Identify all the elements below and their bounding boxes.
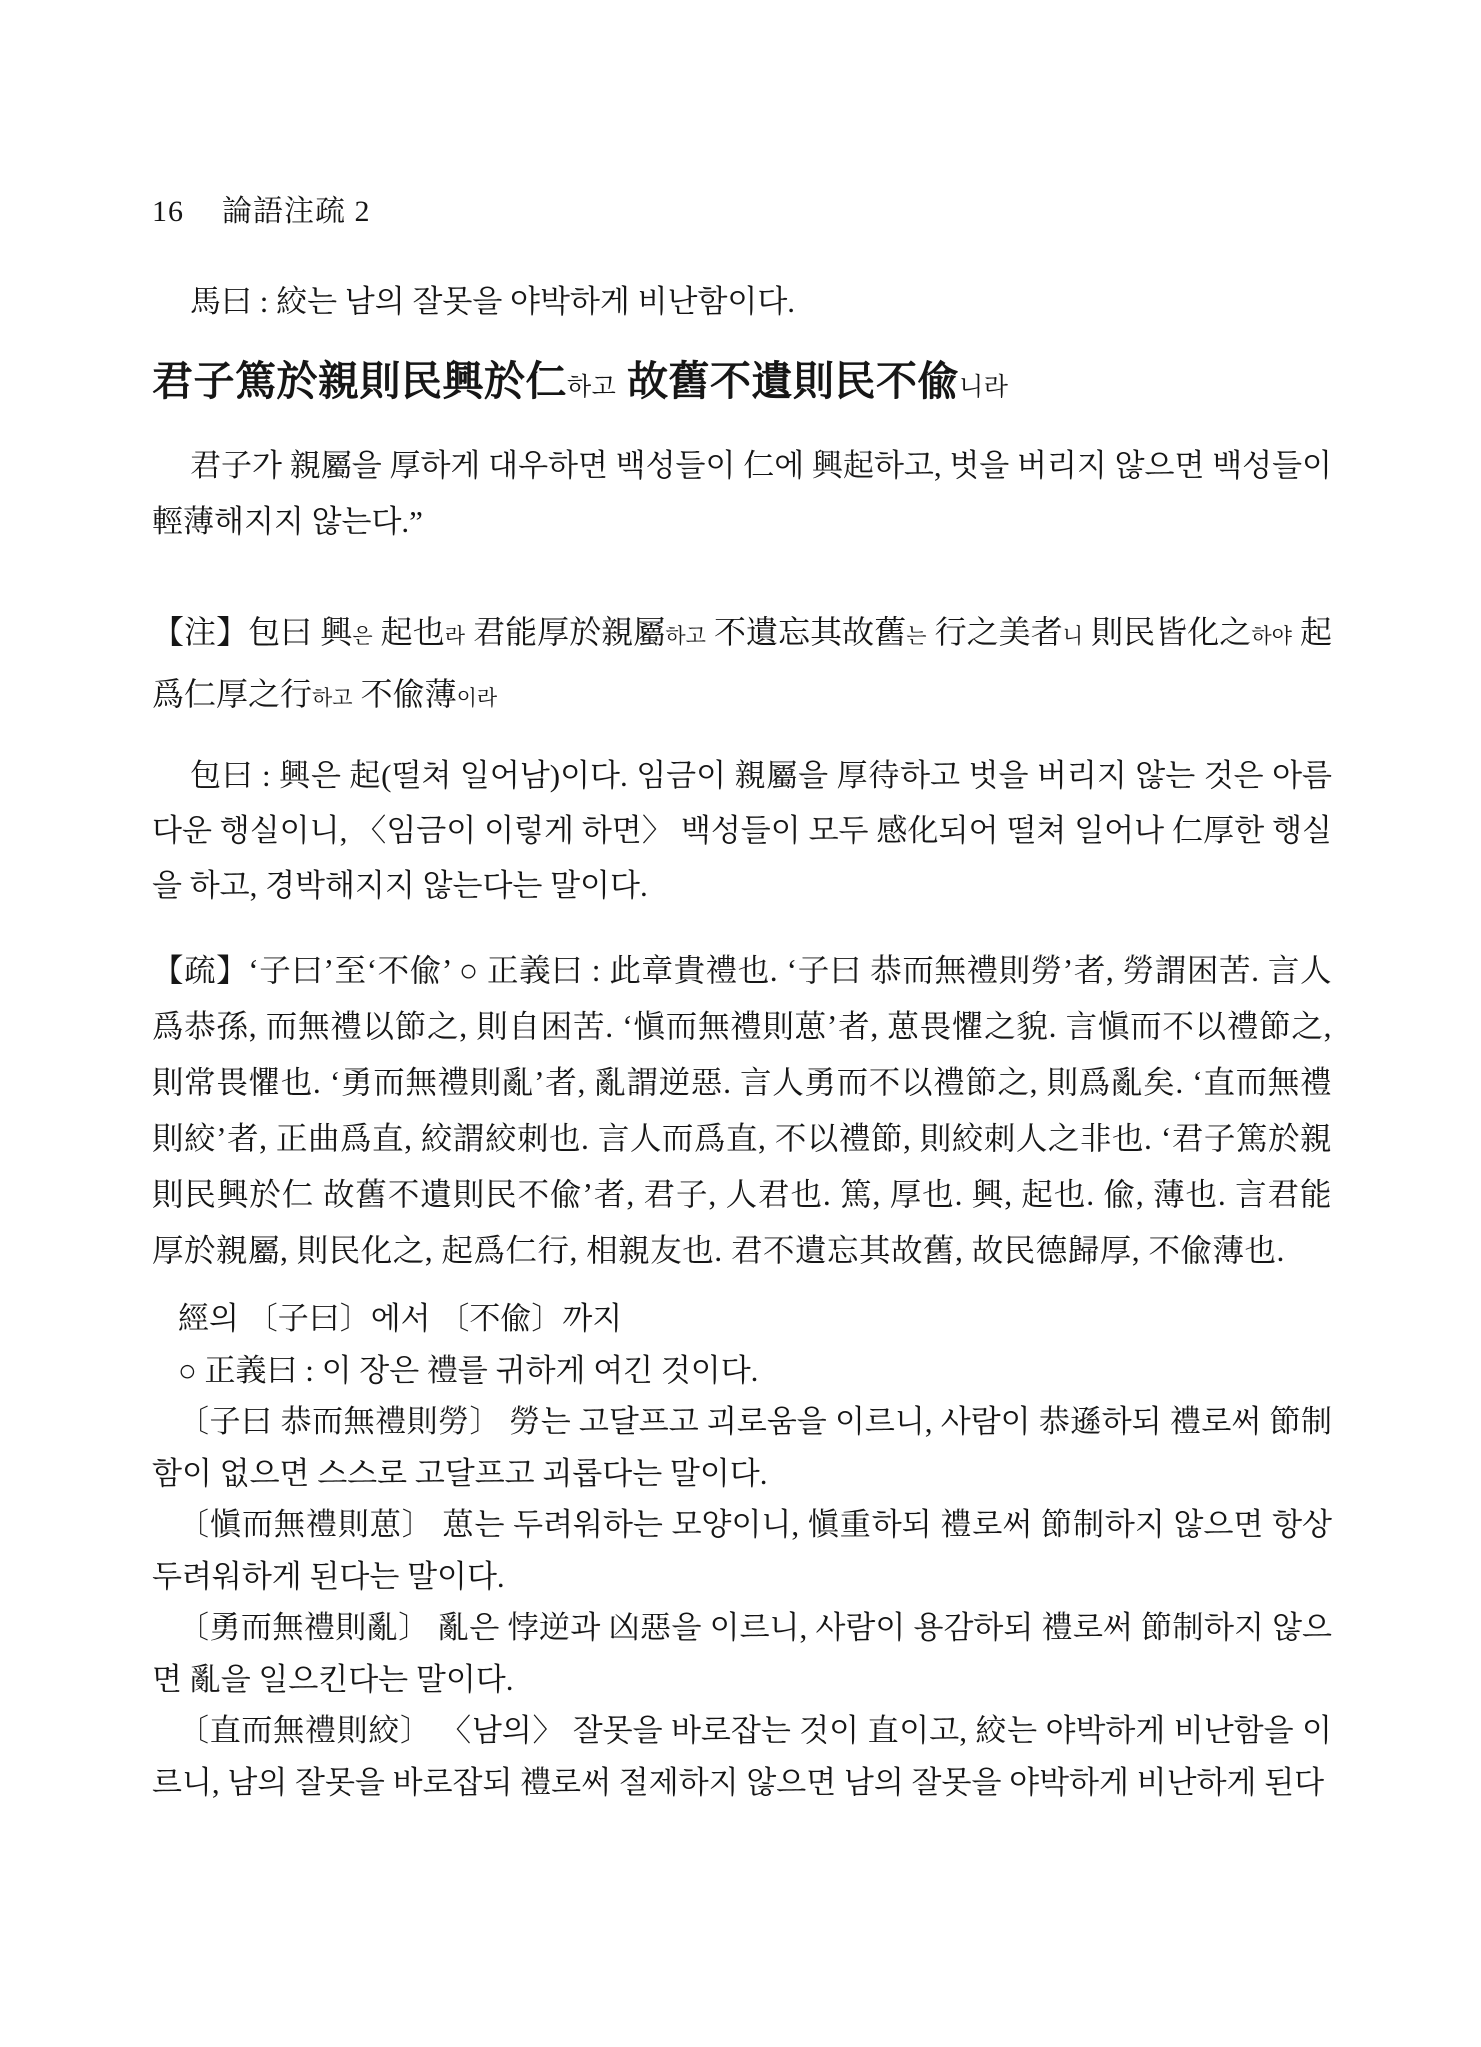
- so-commentary: 【疏】‘子曰’至‘不偸’ ○ 正義曰 : 此章貴禮也. ‘子曰 恭而無禮則勞’者…: [152, 943, 1332, 1279]
- page-header: 16論語注疏 2: [152, 186, 1332, 230]
- ju-annotation: 【注】包曰 興은 起也라 君能厚於親屬하고 不遺忘其故舊는 行之美者니 則民皆化…: [152, 601, 1332, 726]
- note-paragraph-sin: 〔愼而無禮則葸〕 葸는 두려워하는 모양이니, 愼重하되 禮로써 節制하지 않으…: [152, 1499, 1332, 1602]
- note-paragraph-yong: 〔勇而無禮則亂〕 亂은 悖逆과 凶惡을 이르니, 사람이 용감하되 禮로써 節制…: [152, 1602, 1332, 1705]
- classic-text-heading: 君子篤於親則民興於仁하고 故舊不遺則民不偸니라: [152, 355, 1332, 408]
- ju-translation: 包曰 : 興은 起(떨쳐 일어남)이다. 임금이 親屬을 厚待하고 벗을 버리지…: [152, 748, 1332, 914]
- korean-commentary-block: 經의 〔子曰〕에서 〔不偸〕까지 ○ 正義曰 : 이 장은 禮를 귀하게 여긴 …: [152, 1293, 1332, 1808]
- book-page: 16論語注疏 2 馬曰 : 絞는 남의 잘못을 야박하게 비난함이다. 君子篤於…: [0, 0, 1481, 2047]
- jeongui-line: ○ 正義曰 : 이 장은 禮를 귀하게 여긴 것이다.: [152, 1345, 1332, 1396]
- note-paragraph-jik: 〔直而無禮則絞〕 〈남의〉 잘못을 바로잡는 것이 直이고, 絞는 야박하게 비…: [152, 1705, 1332, 1808]
- running-title: 論語注疏 2: [222, 195, 371, 228]
- note-paragraph-gong: 〔子曰 恭而無禮則勞〕 勞는 고달프고 괴로움을 이르니, 사람이 恭遜하되 禮…: [152, 1396, 1332, 1499]
- ma-commentary-line: 馬曰 : 絞는 남의 잘못을 야박하게 비난함이다.: [152, 274, 1332, 329]
- gyeong-range-line: 經의 〔子曰〕에서 〔不偸〕까지: [152, 1293, 1332, 1344]
- page-number: 16: [152, 195, 184, 229]
- heading-translation: 君子가 親屬을 厚하게 대우하면 백성들이 仁에 興起하고, 벗을 버리지 않으…: [152, 438, 1332, 548]
